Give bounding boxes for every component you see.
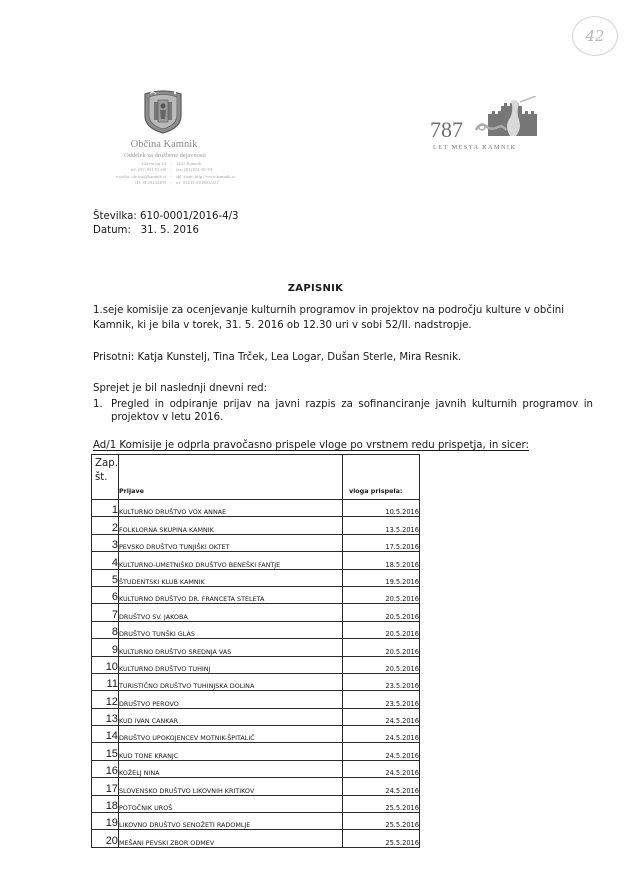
row-number: 4 (92, 552, 119, 569)
row-received-date: 17.5.2016 (342, 534, 419, 551)
row-applicant: PEVSKO DRUŠTVO TUNJIŠKI OKTET (118, 534, 342, 551)
table-row: 16KOŽELJ NINA24.5.2016 (92, 760, 420, 777)
table-row: 7DRUŠTVO SV. JAKOBA20.5.2016 (92, 604, 420, 621)
table-row: 8DRUŠTVO TUNŠKI GLAS20.5.2016 (92, 621, 420, 638)
row-applicant: DRUŠTVO UPOKOJENCEV MOTNIK-ŠPITALIČ (118, 726, 342, 743)
contact-right: 1241 Kamnik fax: (01) 831-81-93 spl. str… (176, 161, 266, 186)
row-applicant: KULTURNO DRUŠTVO TUHINJ (118, 656, 342, 673)
row-number: 9 (92, 639, 119, 656)
table-row: 12DRUŠTVO PEROVO23.5.2016 (92, 691, 420, 708)
row-number: 19 (92, 813, 119, 830)
table-row: 15KUD TONE KRANJC24.5.2016 (92, 743, 420, 760)
row-applicant: FOLKLORNA SKUPINA KAMNIK (118, 517, 342, 534)
header-serial-number: Zap. št. (92, 455, 119, 500)
table-row: 14DRUŠTVO UPOKOJENCEV MOTNIK-ŠPITALIČ24.… (92, 726, 420, 743)
table-row: 5ŠTUDENTSKI KLUB KAMNIK19.5.2016 (92, 569, 420, 586)
table-row: 10KULTURNO DRUŠTVO TUHINJ20.5.2016 (92, 656, 420, 673)
row-number: 3 (92, 534, 119, 551)
row-received-date: 19.5.2016 (342, 569, 419, 586)
row-number: 16 (92, 760, 119, 777)
row-applicant: DRUŠTVO SV. JAKOBA (118, 604, 342, 621)
row-number: 1 (92, 500, 119, 517)
row-received-date: 20.5.2016 (342, 586, 419, 603)
row-received-date: 24.5.2016 (342, 743, 419, 760)
row-received-date: 25.5.2016 (342, 830, 419, 847)
row-number: 2 (92, 517, 119, 534)
row-number: 18 (92, 795, 119, 812)
row-applicant: DRUŠTVO TUNŠKI GLAS (118, 621, 342, 638)
row-received-date: 24.5.2016 (342, 778, 419, 795)
castle-mermaid-icon (474, 96, 554, 138)
row-applicant: LIKOVNO DRUŠTVO SENOŽETI RADOMLJE (118, 813, 342, 830)
row-applicant: KUD TONE KRANJC (118, 743, 342, 760)
row-number: 5 (92, 569, 119, 586)
logo-787-number: 787 (430, 117, 463, 143)
row-number: 20 (92, 830, 119, 847)
row-received-date: 25.5.2016 (342, 813, 419, 830)
table-row: 1KULTURNO DRUŠTVO VOX ANNAE10.5.2016 (92, 500, 420, 517)
table-row: 9KULTURNO DRUŠTVO SREDNJA VAS20.5.2016 (92, 639, 420, 656)
row-received-date: 20.5.2016 (342, 604, 419, 621)
contact-account: trr: 01243-0100002257 (176, 180, 266, 186)
table-row: 2FOLKLORNA SKUPINA KAMNIK13.5.2016 (92, 517, 420, 534)
row-received-date: 20.5.2016 (342, 621, 419, 638)
row-number: 11 (92, 673, 119, 690)
applications-table: Zap. št. Prijave vloga prispela: 1KULTUR… (91, 454, 420, 848)
logo-787-subtitle: LET MESTA KAMNIK (433, 144, 548, 151)
table-row: 18POTOČNIK UROŠ25.5.2016 (92, 795, 420, 812)
row-number: 12 (92, 691, 119, 708)
agenda-item-text: Pregled in odpiranje prijav na javni raz… (111, 398, 593, 424)
header-received: vloga prispela: (342, 455, 419, 500)
row-applicant: ŠTUDENTSKI KLUB KAMNIK (118, 569, 342, 586)
table-row: 13KUD IVAN CANKAR24.5.2016 (92, 708, 420, 725)
row-received-date: 24.5.2016 (342, 726, 419, 743)
page-number-stamp: 42 (572, 16, 618, 56)
agenda-intro: Sprejet je bil naslednji dnevni red: (93, 382, 593, 397)
row-number: 17 (92, 778, 119, 795)
contact-separators: ---- (168, 161, 174, 186)
table-row: 6KULTURNO DRUŠTVO DR. FRANCETA STELETA20… (92, 586, 420, 603)
table-row: 4KULTURNO-UMETNIŠKO DRUŠTVO BENEŠKI FANT… (92, 552, 420, 569)
row-applicant: MEŠANI PEVSKI ZBOR ODMEV (118, 830, 342, 847)
present-members: Prisotni: Katja Kunstelj, Tina Trček, Le… (93, 351, 593, 366)
row-applicant: KULTURNO DRUŠTVO DR. FRANCETA STELETA (118, 586, 342, 603)
ad1-statement: Ad/1 Komisije je odprla pravočasno prisp… (93, 440, 529, 451)
row-applicant: KULTURNO DRUŠTVO SREDNJA VAS (118, 639, 342, 656)
table-header-row: Zap. št. Prijave vloga prispela: (92, 455, 420, 500)
intro-paragraph: 1.seje komisije za ocenjevanje kulturnih… (93, 304, 593, 333)
row-number: 8 (92, 621, 119, 638)
contact-id: ID: SI 29232485 (70, 180, 166, 186)
row-received-date: 24.5.2016 (342, 760, 419, 777)
row-number: 13 (92, 708, 119, 725)
row-number: 7 (92, 604, 119, 621)
row-received-date: 24.5.2016 (342, 708, 419, 725)
contact-left: Glavni trg 24 tel: (01) 831-81-00 e-pošt… (70, 161, 166, 186)
row-number: 15 (92, 743, 119, 760)
document-number: Številka: 610-0001/2016-4/3 (93, 211, 239, 222)
document-title: ZAPISNIK (0, 283, 631, 294)
row-number: 14 (92, 726, 119, 743)
row-applicant: TURISTIČNO DRUŠTVO TUHINJSKA DOLINA (118, 673, 342, 690)
row-received-date: 25.5.2016 (342, 795, 419, 812)
row-applicant: KULTURNO-UMETNIŠKO DRUŠTVO BENEŠKI FANTJ… (118, 552, 342, 569)
row-received-date: 23.5.2016 (342, 691, 419, 708)
table-row: 17SLOVENSKO DRUŠTVO LIKOVNIH KRITIKOV24.… (92, 778, 420, 795)
row-applicant: KUD IVAN CANKAR (118, 708, 342, 725)
row-received-date: 13.5.2016 (342, 517, 419, 534)
row-applicant: DRUŠTVO PEROVO (118, 691, 342, 708)
coat-of-arms-icon (141, 88, 185, 134)
row-number: 6 (92, 586, 119, 603)
row-received-date: 20.5.2016 (342, 656, 419, 673)
agenda-item: 1. Pregled in odpiranje prijav na javni … (93, 398, 593, 424)
row-number: 10 (92, 656, 119, 673)
header-applications: Prijave (118, 455, 342, 500)
table-row: 20MEŠANI PEVSKI ZBOR ODMEV25.5.2016 (92, 830, 420, 847)
row-applicant: SLOVENSKO DRUŠTVO LIKOVNIH KRITIKOV (118, 778, 342, 795)
row-received-date: 10.5.2016 (342, 500, 419, 517)
row-received-date: 23.5.2016 (342, 673, 419, 690)
org-name: Občina Kamnik (96, 139, 232, 150)
row-applicant: KOŽELJ NINA (118, 760, 342, 777)
row-received-date: 20.5.2016 (342, 639, 419, 656)
agenda-item-number: 1. (93, 398, 111, 424)
table-row: 3PEVSKO DRUŠTVO TUNJIŠKI OKTET17.5.2016 (92, 534, 420, 551)
table-row: 19LIKOVNO DRUŠTVO SENOŽETI RADOMLJE25.5.… (92, 813, 420, 830)
row-received-date: 18.5.2016 (342, 552, 419, 569)
document-date: Datum: 31. 5. 2016 (93, 225, 199, 236)
table-row: 11TURISTIČNO DRUŠTVO TUHINJSKA DOLINA23.… (92, 673, 420, 690)
row-applicant: POTOČNIK UROŠ (118, 795, 342, 812)
org-department: Oddelek za družbene dejavnosti (80, 152, 250, 159)
row-applicant: KULTURNO DRUŠTVO VOX ANNAE (118, 500, 342, 517)
